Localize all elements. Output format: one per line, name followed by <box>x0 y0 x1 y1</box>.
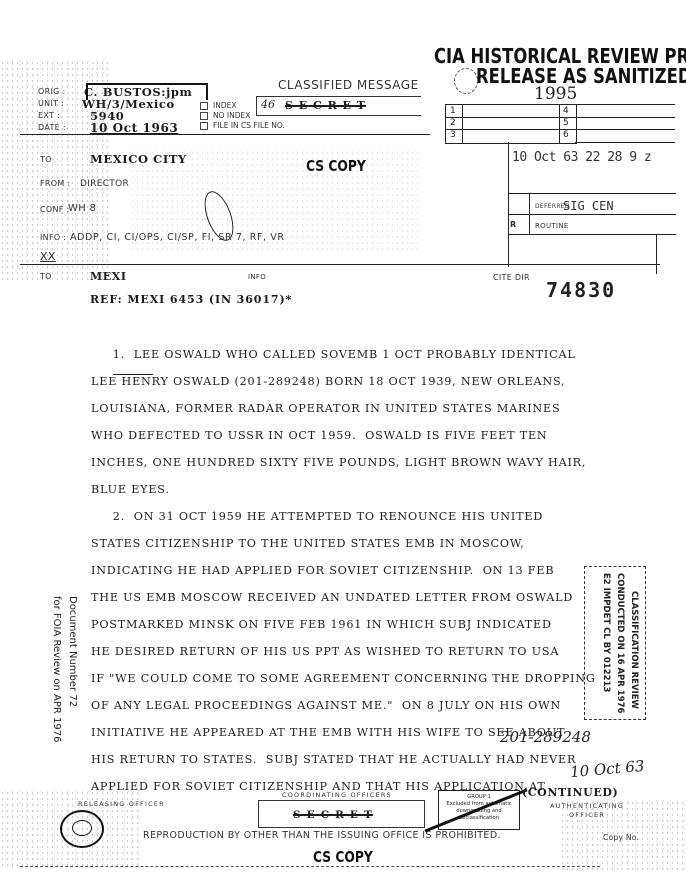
release-year: 1995 <box>534 84 577 104</box>
continued-label: (CONTINUED) <box>522 786 618 799</box>
routing-cell-6: 6 <box>563 130 569 140</box>
message-line: LOUISIANA, FORMER RADAR OPERATOR IN UNIT… <box>91 402 560 415</box>
foia-stamp: Document Number 72 for FOIA Review on AP… <box>48 596 80 742</box>
authenticating-officer-label: AUTHENTICATING OFFICER <box>550 802 624 820</box>
reference: REF: MEXI 6453 (IN 36017)* <box>90 293 292 306</box>
auth-line: AUTHENTICATING <box>550 802 624 811</box>
orig-bracket <box>86 83 208 100</box>
date-label: DATE : <box>38 123 66 132</box>
cs-copy-stamp-bottom: CS COPY <box>313 848 373 866</box>
foia-review-date: for FOIA Review on APR 1976 <box>48 596 64 742</box>
message-line: OF ANY LEGAL PROCEEDINGS AGAINST ME." ON… <box>91 699 561 712</box>
message-line: INCHES, ONE HUNDRED SIXTY FIVE POUNDS, L… <box>91 456 586 469</box>
stamp-circle <box>454 68 478 94</box>
from-value: DIRECTOR <box>80 179 129 189</box>
message-line: 2. ON 31 OCT 1959 HE ATTEMPTED TO RENOUN… <box>91 510 543 523</box>
message-line: 1. LEE OSWALD WHO CALLED SOVEMB 1 OCT PR… <box>91 348 576 361</box>
group-1-box: GROUP 1 Excluded from automatic downgrad… <box>438 790 520 830</box>
message-line: POSTMARKED MINSK ON FIVE FEB 1961 IN WHI… <box>91 618 552 631</box>
from-label: FROM : <box>40 179 70 188</box>
dtg-rule <box>508 214 676 215</box>
checkbox[interactable] <box>200 112 208 120</box>
cite-label: CITE DIR <box>493 273 530 282</box>
checkbox[interactable] <box>200 122 208 130</box>
coordinating-box: S E C R E T <box>258 800 425 828</box>
review-stamp-line3: E2 IMPDET CL BY 012213 <box>599 573 613 713</box>
cs-copy-stamp-top: CS COPY <box>306 157 366 175</box>
release-stamp-line2: RELEASE AS SANITIZED <box>476 64 686 88</box>
routing-grid-mid <box>461 104 559 144</box>
auth-line: OFFICER <box>550 811 624 820</box>
message-line: HIS RETURN TO STATES. SUBJ STATED THAT H… <box>91 753 576 766</box>
review-stamp-line1: CLASSIFICATION REVIEW <box>627 573 641 713</box>
classification-bottom: S E C R E T <box>293 809 373 821</box>
handwritten-date: 10 Oct 63 <box>569 757 645 781</box>
routing-cell-1: 1 <box>450 106 456 116</box>
coordinating-officers-label: COORDINATING OFFICERS <box>282 791 392 799</box>
file-in-cs-option[interactable]: FILE IN CS FILE NO. <box>200 121 285 131</box>
footer-rule <box>20 866 600 867</box>
henry-underline <box>113 374 153 375</box>
copy-number-label: Copy No. <box>603 833 639 842</box>
reproduction-notice: REPRODUCTION BY OTHER THAN THE ISSUING O… <box>143 830 501 841</box>
checkbox[interactable] <box>200 102 208 110</box>
addressing-rule <box>20 264 660 265</box>
conf-value: WH 8 <box>68 203 96 214</box>
releasing-officer-label: RELEASING OFFICER <box>78 800 165 808</box>
dtg-box-right <box>656 234 657 274</box>
deferred-value: SIG CEN <box>563 199 614 213</box>
routing-row-line <box>575 104 675 105</box>
to-label: TO <box>40 155 52 164</box>
date-value: 10 Oct 1963 <box>90 121 178 135</box>
routing-row-line <box>445 129 675 130</box>
classification-review-stamp: CLASSIFICATION REVIEW CONDUCTED ON 16 AP… <box>584 566 646 720</box>
classification-mark: 46 <box>261 98 275 111</box>
classification-box: 46 S E C R E T <box>256 96 421 116</box>
routing-cell-3: 3 <box>450 130 456 140</box>
dtg-value: 10 Oct 63 22 28 9 z <box>512 150 651 165</box>
conf-label: CONF : <box>40 205 70 214</box>
dtg-rule <box>529 193 530 234</box>
cite-number: 74830 <box>546 278 616 302</box>
message-line: INDICATING HE HAD APPLIED FOR SOVIET CIT… <box>91 564 554 577</box>
msg-info-label: INFO <box>248 273 266 281</box>
xx-mark: XX <box>40 250 56 263</box>
to-value: MEXICO CITY <box>90 152 187 166</box>
message-line: THE US EMB MOSCOW RECEIVED AN UNDATED LE… <box>91 591 573 604</box>
routing-cell-4: 4 <box>563 106 569 116</box>
message-line: LEE HENRY OSWALD (201-289248) BORN 18 OC… <box>91 375 565 388</box>
message-line: HE DESIRED RETURN OF HIS US PPT AS WISHE… <box>91 645 559 658</box>
ext-label: EXT : <box>38 111 60 120</box>
review-stamp-line2: CONDUCTED ON 16 APR 1976 <box>613 573 627 713</box>
handwritten-file-number: 201-289248 <box>500 728 591 746</box>
msg-to-label: TO <box>40 272 52 281</box>
routing-row-line <box>445 117 675 118</box>
msg-to-value: MEXI <box>90 270 127 283</box>
message-line: IF "WE COULD COME TO SOME AGREEMENT CONC… <box>91 672 596 685</box>
routing-cell-2: 2 <box>450 118 456 128</box>
header-rule <box>20 134 430 135</box>
routing-row-line <box>575 142 675 143</box>
dtg-rule <box>508 234 676 235</box>
form-title: CLASSIFIED MESSAGE <box>278 78 419 92</box>
dtg-box-left <box>508 142 509 267</box>
message-line: STATES CITIZENSHIP TO THE UNITED STATES … <box>91 537 525 550</box>
handwritten-circle-mark <box>72 820 92 836</box>
routing-cell-5: 5 <box>563 118 569 128</box>
routine-prefix: R <box>510 220 516 229</box>
unit-label: UNIT : <box>38 99 64 108</box>
info-value: ADDP, CI, CI/OPS, CI/SP, FI, SR 7, RF, V… <box>70 232 285 243</box>
info-label: INFO : <box>40 233 66 242</box>
foia-document-number: Document Number 72 <box>64 596 80 742</box>
dtg-rule <box>508 193 676 194</box>
message-line: WHO DEFECTED TO USSR IN OCT 1959. OSWALD… <box>91 429 548 442</box>
message-line: BLUE EYES. <box>91 483 170 496</box>
orig-label: ORIG : <box>38 87 65 96</box>
message-line: INITIATIVE HE APPEARED AT THE EMB WITH H… <box>91 726 565 739</box>
routine-label: ROUTINE <box>535 222 569 230</box>
classification-top: S E C R E T <box>285 99 366 112</box>
